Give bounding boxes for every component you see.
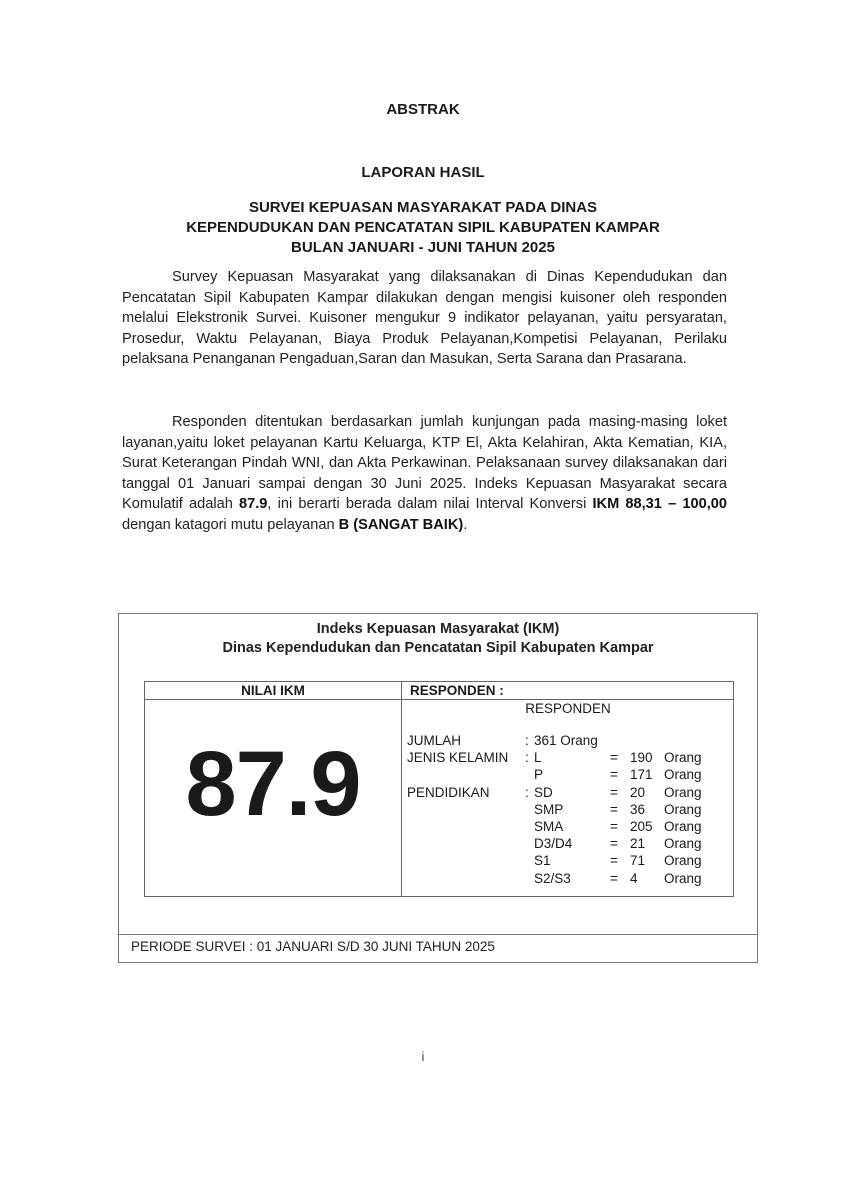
row-equals: = (610, 801, 618, 818)
row-equals: = (610, 870, 618, 887)
paragraph-2-part4: . (463, 517, 467, 533)
responden-header: RESPONDEN : (410, 682, 504, 699)
survey-period: PERIODE SURVEI : 01 JANUARI S/D 30 JUNI … (131, 937, 495, 957)
row-colon: : (525, 784, 529, 801)
ikm-summary-box: Indeks Kepuasan Masyarakat (IKM) Dinas K… (118, 613, 758, 963)
row-equals: = (610, 749, 618, 766)
report-label: LAPORAN HASIL (0, 164, 846, 181)
ikm-table: NILAI IKM RESPONDEN : 87.9 RESPONDEN JUM… (144, 681, 734, 897)
category-inline: B (SANGAT BAIK) (339, 517, 464, 533)
row-key: SD (534, 784, 553, 801)
ikm-value-inline: 87.9 (239, 496, 267, 512)
report-title: SURVEI KEPUASAN MASYARAKAT PADA DINAS KE… (0, 198, 846, 258)
paragraph-2: Responden ditentukan berdasarkan jumlah … (122, 412, 727, 536)
row-label: PENDIDIKAN (407, 784, 490, 801)
row-key: S2/S3 (534, 870, 571, 887)
row-count: 171 (630, 766, 653, 783)
row-key: S1 (534, 852, 551, 869)
row-equals: = (610, 835, 618, 852)
nilai-ikm-header: NILAI IKM (145, 682, 401, 699)
row-unit: Orang (664, 835, 702, 852)
row-unit: Orang (664, 818, 702, 835)
paragraph-1-text: Survey Kepuasan Masyarakat yang dilaksan… (122, 267, 727, 370)
row-key: SMP (534, 801, 563, 818)
row-unit: Orang (664, 801, 702, 818)
row-unit: Orang (664, 766, 702, 783)
paragraph-2-part2: , ini berarti berada dalam nilai Interva… (267, 496, 592, 512)
ikm-box-title: Indeks Kepuasan Masyarakat (IKM) Dinas K… (119, 620, 757, 658)
row-unit: Orang (664, 749, 702, 766)
row-count: 205 (630, 818, 653, 835)
title-line-1: SURVEI KEPUASAN MASYARAKAT PADA DINAS (0, 198, 846, 218)
ikm-box-title-line-2: Dinas Kependudukan dan Pencatatan Sipil … (119, 639, 757, 658)
row-count: 20 (630, 784, 645, 801)
row-key: P (534, 766, 543, 783)
ikm-score: 87.9 (145, 734, 401, 834)
row-key: SMA (534, 818, 563, 835)
ikm-box-title-line-1: Indeks Kepuasan Masyarakat (IKM) (119, 620, 757, 639)
page-number: i (0, 1049, 846, 1064)
row-count: 71 (630, 852, 645, 869)
row-key: D3/D4 (534, 835, 572, 852)
periode-divider (119, 934, 757, 935)
row-equals: = (610, 818, 618, 835)
row-equals: = (610, 766, 618, 783)
paragraph-1: Survey Kepuasan Masyarakat yang dilaksan… (122, 267, 727, 370)
interval-inline: IKM 88,31 – 100,00 (592, 496, 727, 512)
abstract-heading: ABSTRAK (0, 101, 846, 118)
responden-subheader: RESPONDEN (401, 700, 735, 717)
row-unit: Orang (664, 852, 702, 869)
row-key: L (534, 749, 542, 766)
row-equals: = (610, 784, 618, 801)
row-colon: : (525, 732, 529, 749)
title-line-2: KEPENDUDUKAN DAN PENCATATAN SIPIL KABUPA… (0, 218, 846, 238)
paragraph-2-part3: dengan katagori mutu pelayanan (122, 517, 339, 533)
row-unit: Orang (664, 784, 702, 801)
row-unit: Orang (664, 870, 702, 887)
row-count: 21 (630, 835, 645, 852)
row-count: 36 (630, 801, 645, 818)
row-key: 361 Orang (534, 732, 598, 749)
row-count: 4 (630, 870, 638, 887)
row-colon: : (525, 749, 529, 766)
title-line-3: BULAN JANUARI - JUNI TAHUN 2025 (0, 238, 846, 258)
row-count: 190 (630, 749, 653, 766)
row-label: JENIS KELAMIN (407, 749, 508, 766)
row-label: JUMLAH (407, 732, 461, 749)
row-equals: = (610, 852, 618, 869)
